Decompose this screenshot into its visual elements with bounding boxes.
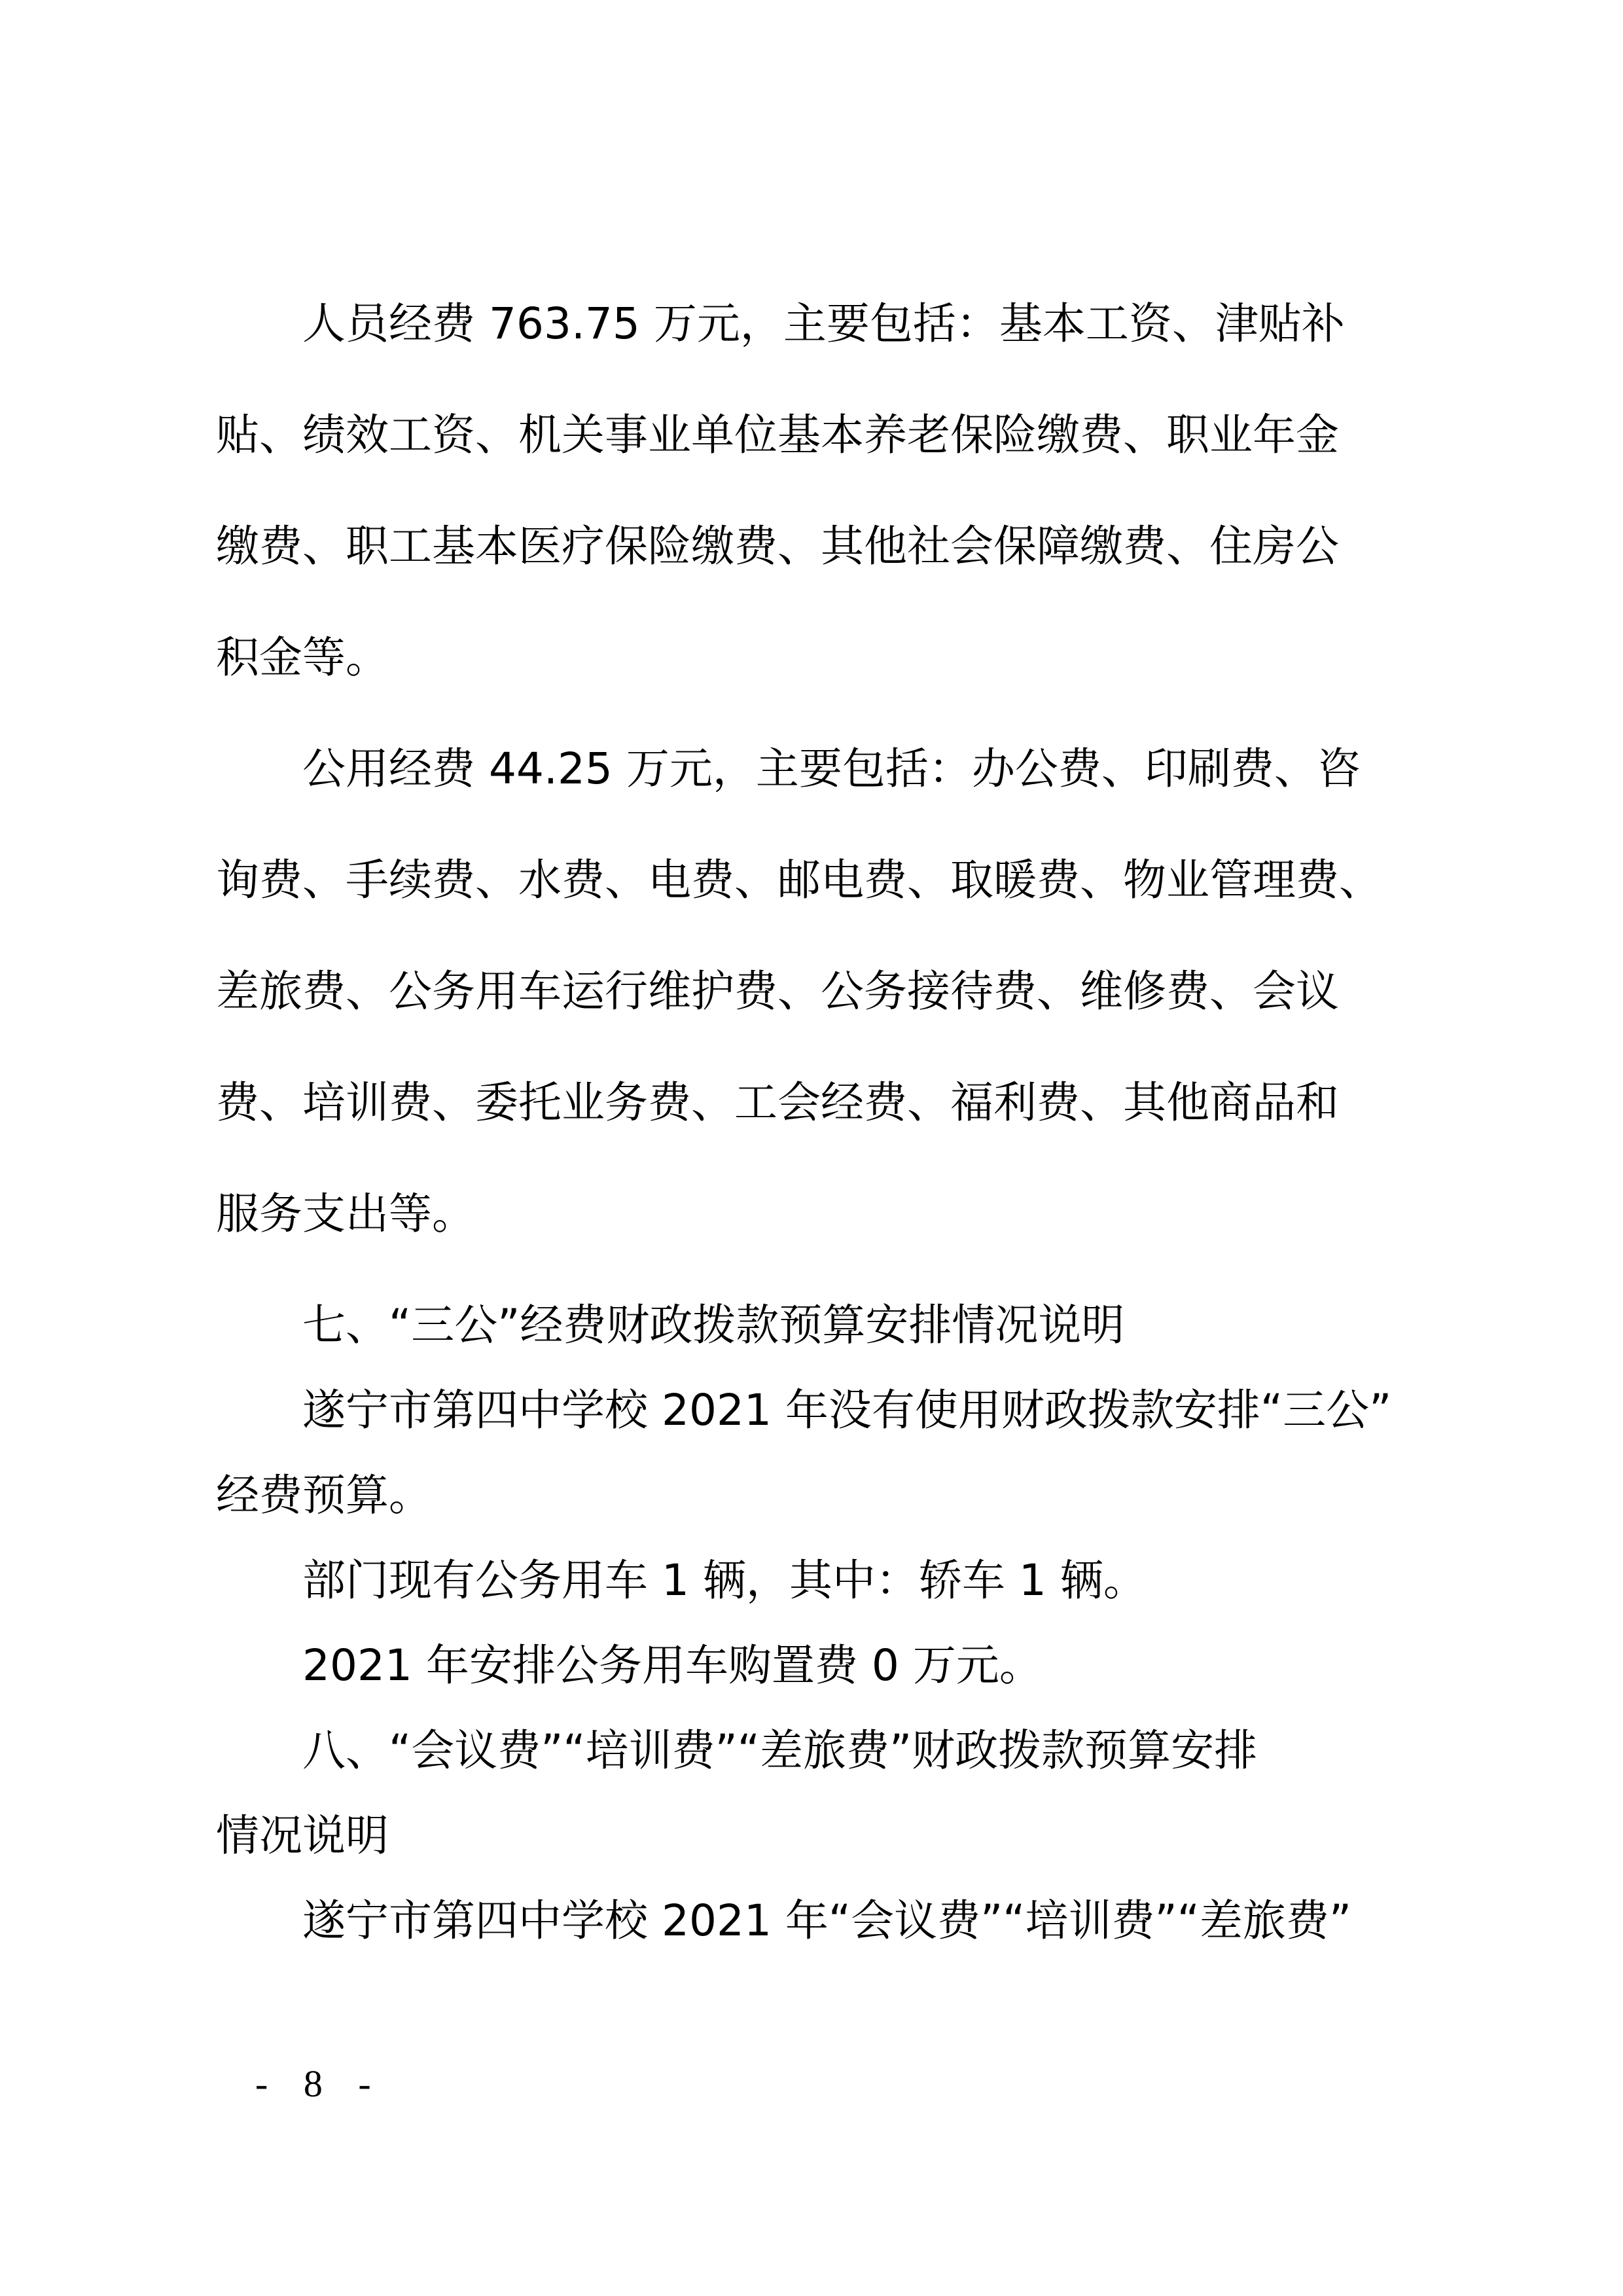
- section-8-heading-line-2: 情况说明: [216, 1810, 389, 1862]
- personnel-expenses-line-1: 人员经费 763.75 万元，主要包括：基本工资、津贴补: [302, 298, 1345, 350]
- section-8-heading-line-1: 八、“会议费”“培训费”“差旅费”财政拨款预算安排: [302, 1725, 1257, 1777]
- section-7-body-line-2: 经费预算。: [216, 1469, 432, 1522]
- personnel-expenses-line-4: 积金等。: [216, 632, 389, 684]
- section-7-heading: 七、“三公”经费财政拨款预算安排情况说明: [302, 1299, 1124, 1352]
- public-expenses-line-1: 公用经费 44.25 万元，主要包括：办公费、印刷费、咨: [302, 743, 1361, 795]
- section-7-body-line-1: 遂宁市第四中学校 2021 年没有使用财政拨款安排“三公”: [302, 1384, 1391, 1437]
- personnel-expenses-line-2: 贴、绩效工资、机关事业单位基本养老保险缴费、职业年金: [216, 409, 1339, 461]
- page-number: - 8 -: [255, 2062, 384, 2106]
- public-expenses-line-2: 询费、手续费、水费、电费、邮电费、取暖费、物业管理费、: [216, 854, 1382, 906]
- vehicle-purchase-line: 2021 年安排公务用车购置费 0 万元。: [302, 1640, 1043, 1692]
- vehicles-line: 部门现有公务用车 1 辆，其中：轿车 1 辆。: [302, 1554, 1147, 1607]
- public-expenses-line-4: 费、培训费、委托业务费、工会经费、福利费、其他商品和: [216, 1077, 1339, 1129]
- public-expenses-line-3: 差旅费、公务用车运行维护费、公务接待费、维修费、会议: [216, 965, 1339, 1018]
- public-expenses-line-5: 服务支出等。: [216, 1188, 475, 1240]
- personnel-expenses-line-3: 缴费、职工基本医疗保险缴费、其他社会保障缴费、住房公: [216, 520, 1339, 573]
- section-8-body-line-1: 遂宁市第四中学校 2021 年“会议费”“培训费”“差旅费”: [302, 1895, 1351, 1947]
